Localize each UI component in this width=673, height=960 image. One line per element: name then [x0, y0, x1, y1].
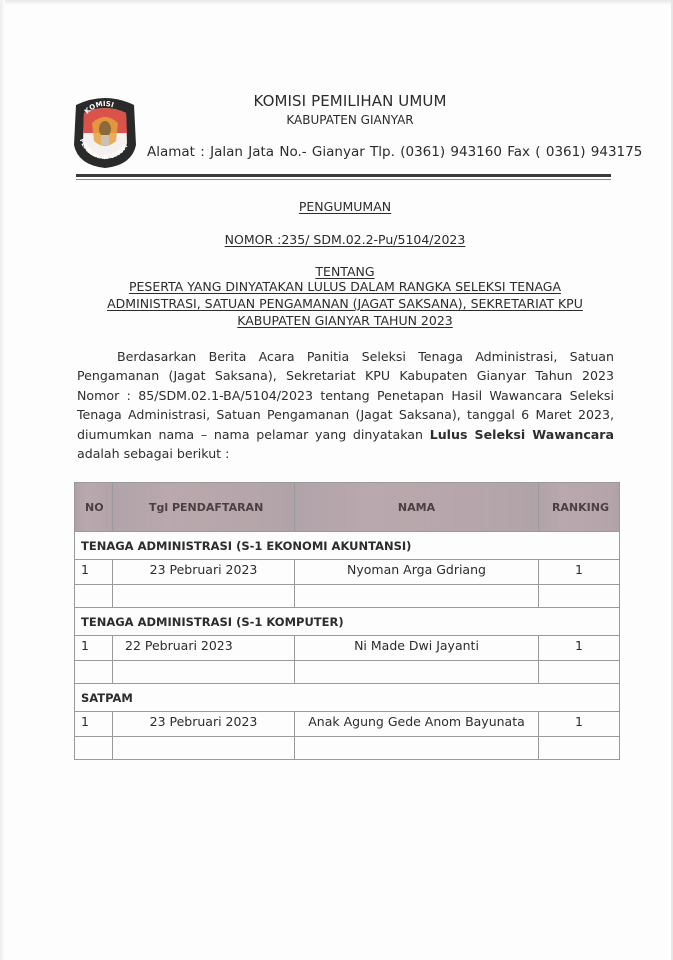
announcement-number: NOMOR :235/ SDM.02.2-Pu/5104/2023 — [70, 232, 620, 247]
cell-name: Nyoman Arga Gdriang — [295, 560, 539, 585]
table-row: 1 23 Pebruari 2023 Anak Agung Gede Anom … — [75, 712, 620, 737]
regency-name: KABUPATEN GIANYAR — [100, 113, 600, 127]
group-row: TENAGA ADMINISTRASI (S-1 KOMPUTER) — [75, 608, 620, 636]
cell-no: 1 — [75, 560, 113, 585]
cell-no: 1 — [75, 636, 113, 661]
table-row-empty — [75, 737, 620, 760]
scan-edge-top — [0, 0, 673, 5]
announcement-about-label: TENTANG — [70, 264, 620, 279]
institution-address: Alamat : Jalan Jata No.- Gianyar Tlp. (0… — [147, 144, 642, 160]
letterhead-divider — [76, 174, 611, 177]
group-title: TENAGA ADMINISTRASI (S-1 EKONOMI AKUNTAN… — [75, 532, 620, 560]
letterhead-divider-thin — [76, 179, 611, 180]
table-row-empty — [75, 585, 620, 608]
table-row-empty — [75, 661, 620, 684]
group-row: SATPAM — [75, 684, 620, 712]
column-header-name: NAMA — [295, 483, 539, 532]
group-title: SATPAM — [75, 684, 620, 712]
cell-registration-date: 23 Pebruari 2023 — [113, 712, 295, 737]
cell-ranking: 1 — [539, 636, 620, 661]
institution-name: KOMISI PEMILIHAN UMUM — [100, 92, 600, 110]
cell-no: 1 — [75, 712, 113, 737]
column-header-ranking: RANKING — [539, 483, 620, 532]
announcement-body: Berdasarkan Berita Acara Panitia Seleksi… — [77, 347, 614, 463]
announcement-title: PENGUMUMAN — [70, 199, 620, 214]
results-table: NO Tgl PENDAFTARAN NAMA RANKING TENAGA A… — [74, 482, 620, 760]
table-row: 1 22 Pebruari 2023 Ni Made Dwi Jayanti 1 — [75, 636, 620, 661]
group-title: TENAGA ADMINISTRASI (S-1 KOMPUTER) — [75, 608, 620, 636]
cell-registration-date: 22 Pebruari 2023 — [113, 636, 295, 661]
column-header-no: NO — [75, 483, 113, 532]
group-row: TENAGA ADMINISTRASI (S-1 EKONOMI AKUNTAN… — [75, 532, 620, 560]
cell-name: Anak Agung Gede Anom Bayunata — [295, 712, 539, 737]
cell-ranking: 1 — [539, 560, 620, 585]
scan-edge-left — [0, 0, 5, 960]
cell-name: Ni Made Dwi Jayanti — [295, 636, 539, 661]
emphasis-passed-interview: Lulus Seleksi Wawancara — [430, 427, 614, 442]
table-header-row: NO Tgl PENDAFTARAN NAMA RANKING — [75, 483, 620, 532]
cell-ranking: 1 — [539, 712, 620, 737]
announcement-subject: PESERTA YANG DINYATAKAN LULUS DALAM RANG… — [70, 278, 620, 329]
column-header-registration-date: Tgl PENDAFTARAN — [113, 483, 295, 532]
cell-registration-date: 23 Pebruari 2023 — [113, 560, 295, 585]
table-row: 1 23 Pebruari 2023 Nyoman Arga Gdriang 1 — [75, 560, 620, 585]
